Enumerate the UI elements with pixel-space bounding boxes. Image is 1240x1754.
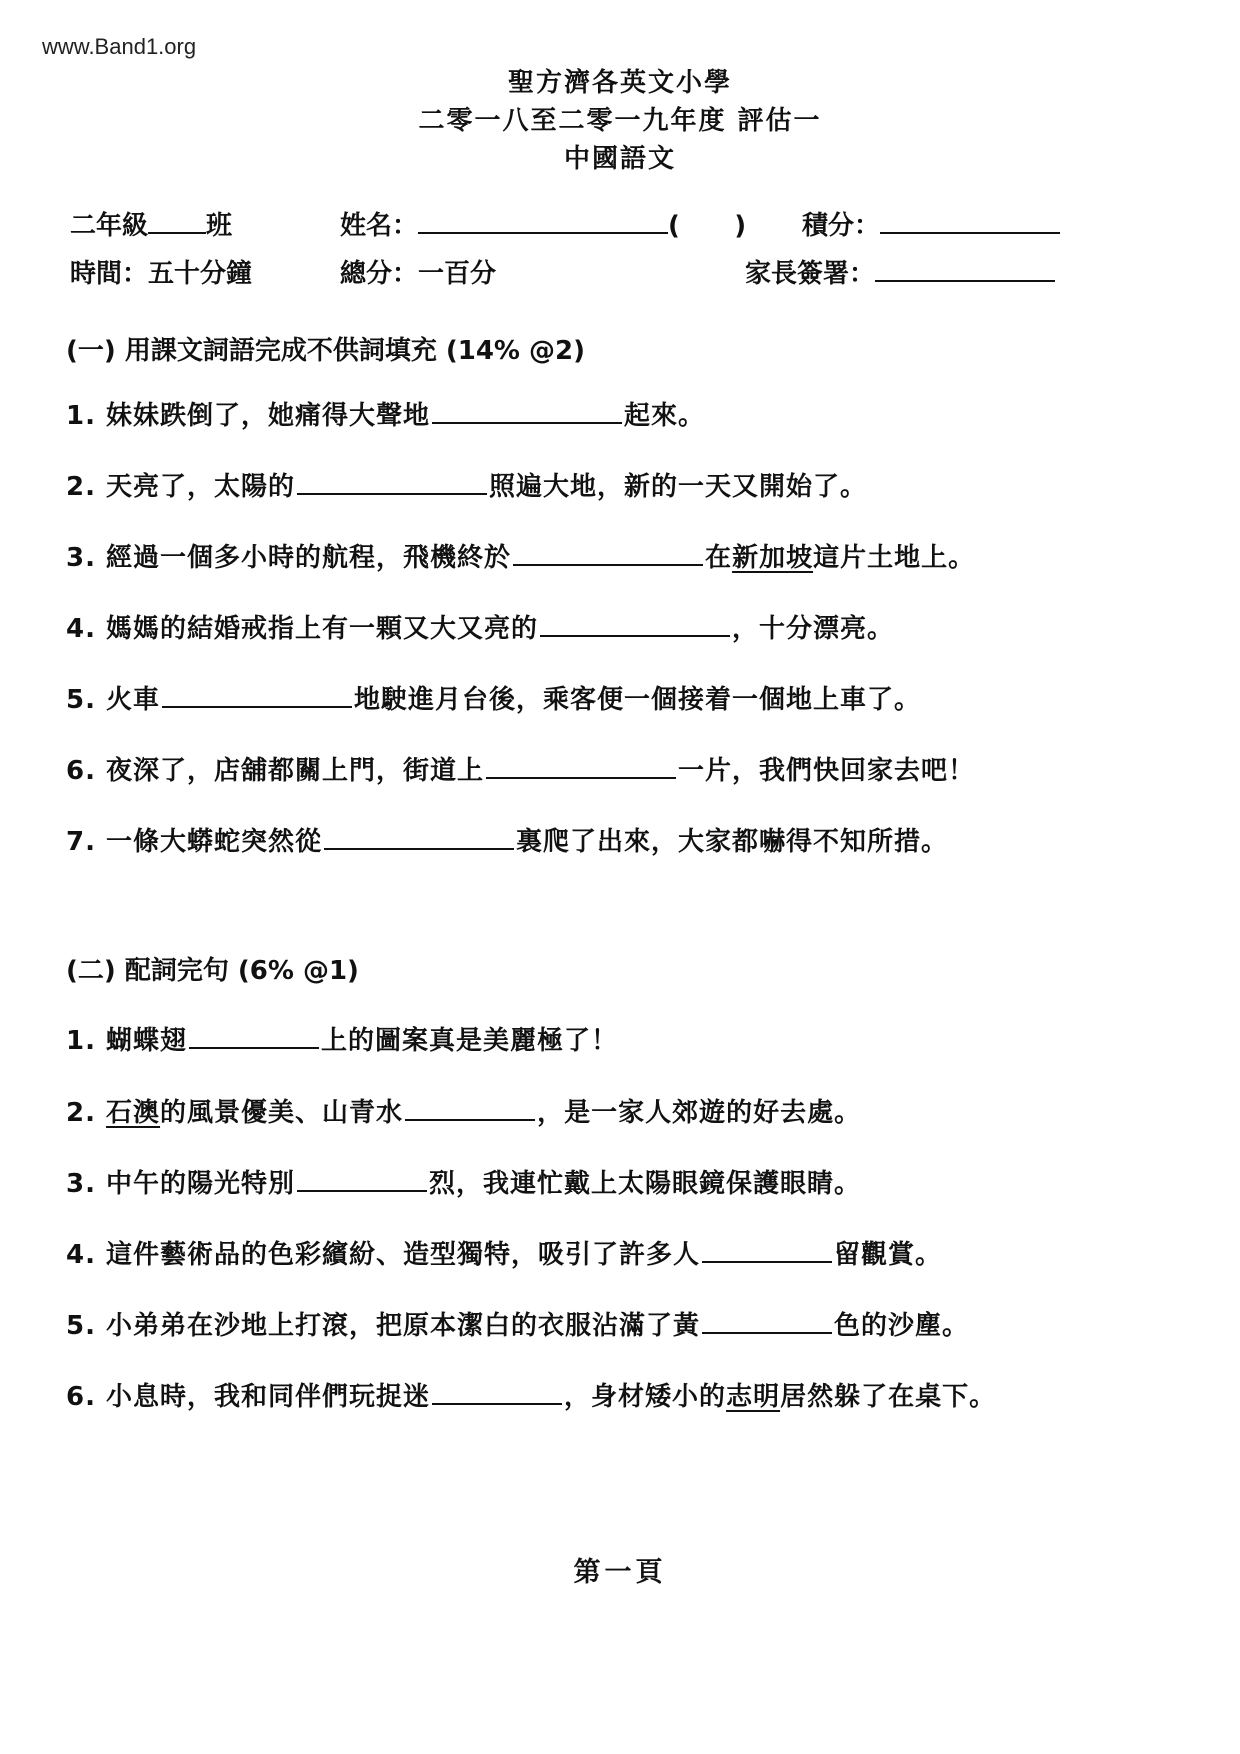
answer-blank[interactable] bbox=[297, 469, 487, 495]
proper-noun: 石澳 bbox=[106, 1098, 160, 1128]
section2-title: (二) 配詞完句 (6% @1) bbox=[66, 950, 359, 987]
s1-question-4: 4. 媽媽的結婚戒指上有一顆又大又亮的，十分漂亮。 bbox=[66, 608, 894, 645]
answer-blank[interactable] bbox=[324, 824, 514, 850]
grade-field: 二年級班 bbox=[70, 205, 232, 242]
answer-blank[interactable] bbox=[486, 753, 676, 779]
proper-noun: 志明 bbox=[726, 1382, 780, 1412]
answer-blank[interactable] bbox=[405, 1095, 535, 1121]
class-number-brackets[interactable]: ( ) bbox=[668, 211, 746, 241]
section1-title: (一) 用課文詞語完成不供詞填充 (14% @2) bbox=[66, 330, 585, 367]
assessment-year: 二零一八至二零一九年度 評估一 bbox=[0, 100, 1240, 137]
name-blank[interactable] bbox=[418, 206, 668, 234]
s1-question-6: 6. 夜深了，店舖都關上門，街道上一片，我們快回家去吧！ bbox=[66, 750, 975, 787]
answer-blank[interactable] bbox=[162, 682, 352, 708]
name-field: 姓名：( ) bbox=[340, 205, 746, 242]
s2-question-2: 2. 石澳的風景優美、山青水，是一家人郊遊的好去處。 bbox=[66, 1092, 861, 1129]
score-field: 積分： bbox=[802, 205, 1060, 242]
proper-noun: 新加坡 bbox=[732, 543, 813, 573]
subject-title: 中國語文 bbox=[0, 138, 1240, 175]
answer-blank[interactable] bbox=[297, 1166, 427, 1192]
total-marks-label: 總分：一百分 bbox=[340, 253, 496, 290]
s2-question-4: 4. 這件藝術品的色彩繽紛、造型獨特，吸引了許多人留觀賞。 bbox=[66, 1234, 942, 1271]
time-label: 時間：五十分鐘 bbox=[70, 253, 252, 290]
s2-question-3: 3. 中午的陽光特別烈，我連忙戴上太陽眼鏡保護眼睛。 bbox=[66, 1163, 861, 1200]
s1-question-1: 1. 妹妹跌倒了，她痛得大聲地起來。 bbox=[66, 395, 705, 432]
answer-blank[interactable] bbox=[540, 611, 730, 637]
exam-info-row: 時間：五十分鐘 總分：一百分 家長簽署： bbox=[70, 253, 1170, 293]
student-info-row: 二年級班 姓名：( ) 積分： bbox=[70, 205, 1170, 245]
answer-blank[interactable] bbox=[432, 1379, 562, 1405]
answer-blank[interactable] bbox=[702, 1308, 832, 1334]
s2-question-6: 6. 小息時，我和同伴們玩捉迷，身材矮小的志明居然躲了在桌下。 bbox=[66, 1376, 996, 1413]
s1-question-2: 2. 天亮了，太陽的照遍大地，新的一天又開始了。 bbox=[66, 466, 867, 503]
answer-blank[interactable] bbox=[702, 1237, 832, 1263]
watermark: www.Band1.org bbox=[42, 34, 196, 60]
s1-question-3: 3. 經過一個多小時的航程，飛機終於在新加坡這片土地上。 bbox=[66, 537, 975, 574]
s1-question-7: 7. 一條大蟒蛇突然從裏爬了出來，大家都嚇得不知所措。 bbox=[66, 821, 948, 858]
answer-blank[interactable] bbox=[432, 398, 622, 424]
s1-question-5: 5. 火車地駛進月台後，乘客便一個接着一個地上車了。 bbox=[66, 679, 921, 716]
class-blank[interactable] bbox=[148, 206, 206, 234]
page-number: 第一頁 bbox=[0, 1550, 1240, 1589]
s2-question-5: 5. 小弟弟在沙地上打滾，把原本潔白的衣服沾滿了黃色的沙塵。 bbox=[66, 1305, 969, 1342]
s2-question-1: 1. 蝴蝶翅上的圖案真是美麗極了！ bbox=[66, 1020, 618, 1057]
parent-signature-field: 家長簽署： bbox=[745, 253, 1055, 290]
school-name: 聖方濟各英文小學 bbox=[0, 62, 1240, 99]
answer-blank[interactable] bbox=[513, 540, 703, 566]
answer-blank[interactable] bbox=[189, 1023, 319, 1049]
score-blank[interactable] bbox=[880, 206, 1060, 234]
parent-signature-blank[interactable] bbox=[875, 254, 1055, 282]
